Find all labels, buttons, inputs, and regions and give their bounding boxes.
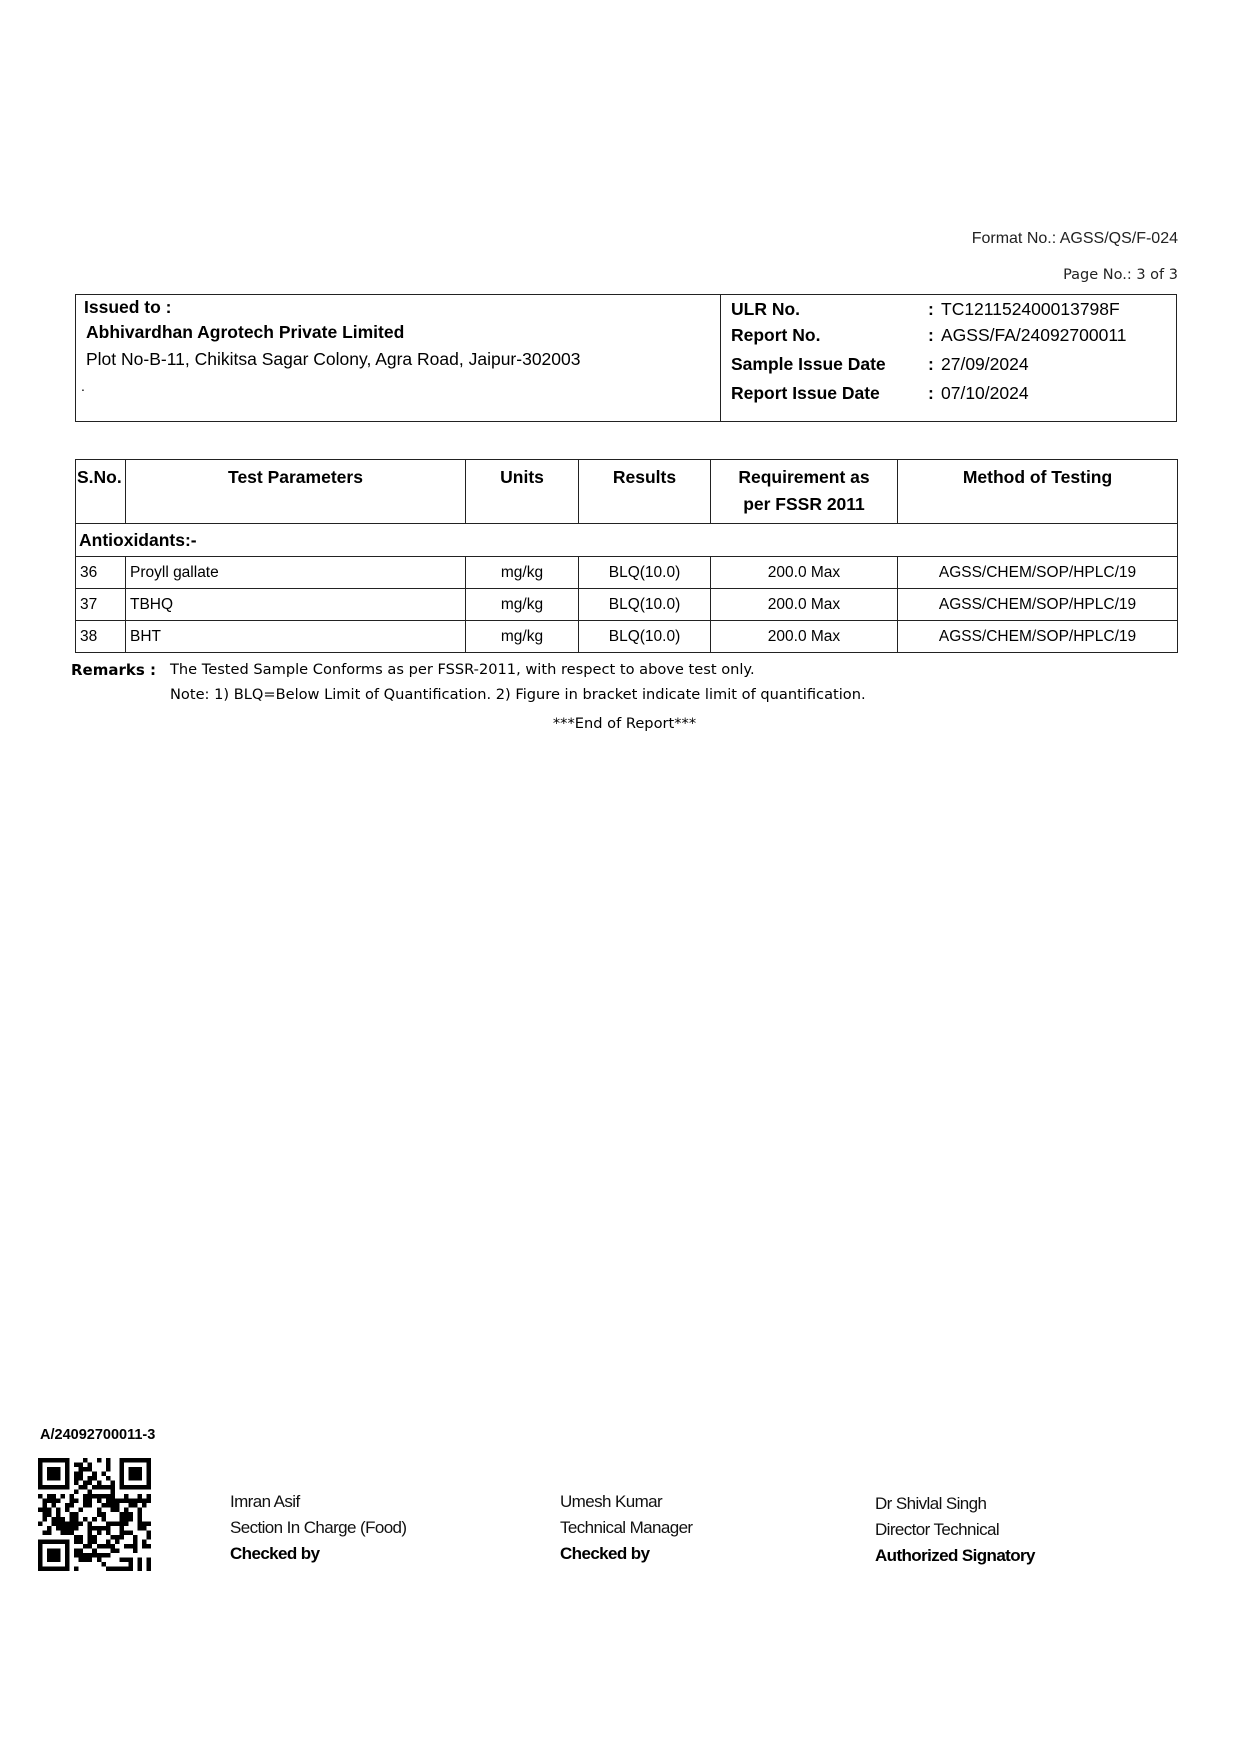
- header-requirement: Requirement asper FSSR 2011: [711, 460, 898, 524]
- meta-value: TC121152400013798F: [941, 299, 1120, 320]
- results-table: S.No. Test Parameters Units Results Requ…: [75, 459, 1178, 653]
- cell-method: AGSS/CHEM/SOP/HPLC/19: [898, 557, 1178, 589]
- table-row: 37 TBHQ mg/kg BLQ(10.0) 200.0 Max AGSS/C…: [76, 589, 1178, 621]
- company-address: Plot No-B-11, Chikitsa Sagar Colony, Agr…: [86, 349, 580, 370]
- header-sno: S.No.: [76, 460, 126, 524]
- signatory-title: Section In Charge (Food): [230, 1515, 406, 1541]
- meta-colon: :: [928, 299, 934, 320]
- reference-code: A/24092700011-3: [40, 1427, 155, 1443]
- cell-method: AGSS/CHEM/SOP/HPLC/19: [898, 589, 1178, 621]
- cell-parameter: BHT: [126, 621, 466, 653]
- header-requirement-line2: per FSSR 2011: [743, 494, 865, 514]
- cell-sno: 37: [76, 589, 126, 621]
- group-row: Antioxidants:-: [76, 524, 1178, 557]
- table-row: 38 BHT mg/kg BLQ(10.0) 200.0 Max AGSS/CH…: [76, 621, 1178, 653]
- issued-to-label: Issued to :: [84, 297, 172, 318]
- cell-requirement: 200.0 Max: [711, 557, 898, 589]
- remarks-text: The Tested Sample Conforms as per FSSR-2…: [170, 661, 755, 678]
- meta-value: 27/09/2024: [941, 354, 1029, 375]
- header-method: Method of Testing: [898, 460, 1178, 524]
- cell-sno: 38: [76, 621, 126, 653]
- signatory-role: Authorized Signatory: [875, 1543, 1035, 1569]
- signatory-role: Checked by: [560, 1541, 693, 1567]
- meta-colon: :: [928, 354, 934, 375]
- meta-colon: :: [928, 325, 934, 346]
- issued-to-section: Issued to : Abhivardhan Agrotech Private…: [76, 295, 721, 421]
- page-number: Page No.: 3 of 3: [900, 267, 1178, 283]
- end-of-report: ***End of Report***: [0, 715, 1241, 732]
- format-number: Format No.: AGSS/QS/F-024: [900, 230, 1178, 248]
- cell-units: mg/kg: [466, 557, 579, 589]
- cell-sno: 36: [76, 557, 126, 589]
- table-header-row: S.No. Test Parameters Units Results Requ…: [76, 460, 1178, 524]
- company-name: Abhivardhan Agrotech Private Limited: [86, 322, 404, 343]
- signatory-title: Director Technical: [875, 1517, 1035, 1543]
- header-units: Units: [466, 460, 579, 524]
- meta-value: 07/10/2024: [941, 383, 1029, 404]
- cell-result: BLQ(10.0): [579, 557, 711, 589]
- remarks-label: Remarks :: [71, 661, 156, 679]
- signatory-section-in-charge: Imran Asif Section In Charge (Food) Chec…: [230, 1489, 406, 1567]
- report-header-box: Issued to : Abhivardhan Agrotech Private…: [75, 294, 1177, 422]
- signatory-role: Checked by: [230, 1541, 406, 1567]
- remarks-note: Note: 1) BLQ=Below Limit of Quantificati…: [170, 686, 866, 703]
- header-requirement-line1: Requirement as: [738, 467, 869, 487]
- meta-colon: :: [928, 383, 934, 404]
- company-extra-line: .: [81, 378, 85, 394]
- meta-label: ULR No.: [731, 299, 800, 320]
- signatory-name: Umesh Kumar: [560, 1489, 693, 1515]
- meta-label: Report Issue Date: [731, 383, 880, 404]
- cell-method: AGSS/CHEM/SOP/HPLC/19: [898, 621, 1178, 653]
- cell-units: mg/kg: [466, 621, 579, 653]
- cell-units: mg/kg: [466, 589, 579, 621]
- cell-requirement: 200.0 Max: [711, 621, 898, 653]
- cell-parameter: Proyll gallate: [126, 557, 466, 589]
- signatory-director-technical: Dr Shivlal Singh Director Technical Auth…: [875, 1491, 1035, 1569]
- cell-requirement: 200.0 Max: [711, 589, 898, 621]
- header-test-parameters: Test Parameters: [126, 460, 466, 524]
- group-antioxidants: Antioxidants:-: [76, 524, 1178, 557]
- table-row: 36 Proyll gallate mg/kg BLQ(10.0) 200.0 …: [76, 557, 1178, 589]
- signatory-name: Imran Asif: [230, 1489, 406, 1515]
- qr-code-icon: [38, 1458, 151, 1571]
- cell-result: BLQ(10.0): [579, 621, 711, 653]
- cell-result: BLQ(10.0): [579, 589, 711, 621]
- cell-parameter: TBHQ: [126, 589, 466, 621]
- meta-value: AGSS/FA/24092700011: [941, 325, 1127, 346]
- report-meta-section: ULR No. : TC121152400013798F Report No. …: [721, 295, 1176, 421]
- signatory-name: Dr Shivlal Singh: [875, 1491, 1035, 1517]
- meta-label: Sample Issue Date: [731, 354, 886, 375]
- signatory-technical-manager: Umesh Kumar Technical Manager Checked by: [560, 1489, 693, 1567]
- signatory-title: Technical Manager: [560, 1515, 693, 1541]
- meta-label: Report No.: [731, 325, 820, 346]
- header-results: Results: [579, 460, 711, 524]
